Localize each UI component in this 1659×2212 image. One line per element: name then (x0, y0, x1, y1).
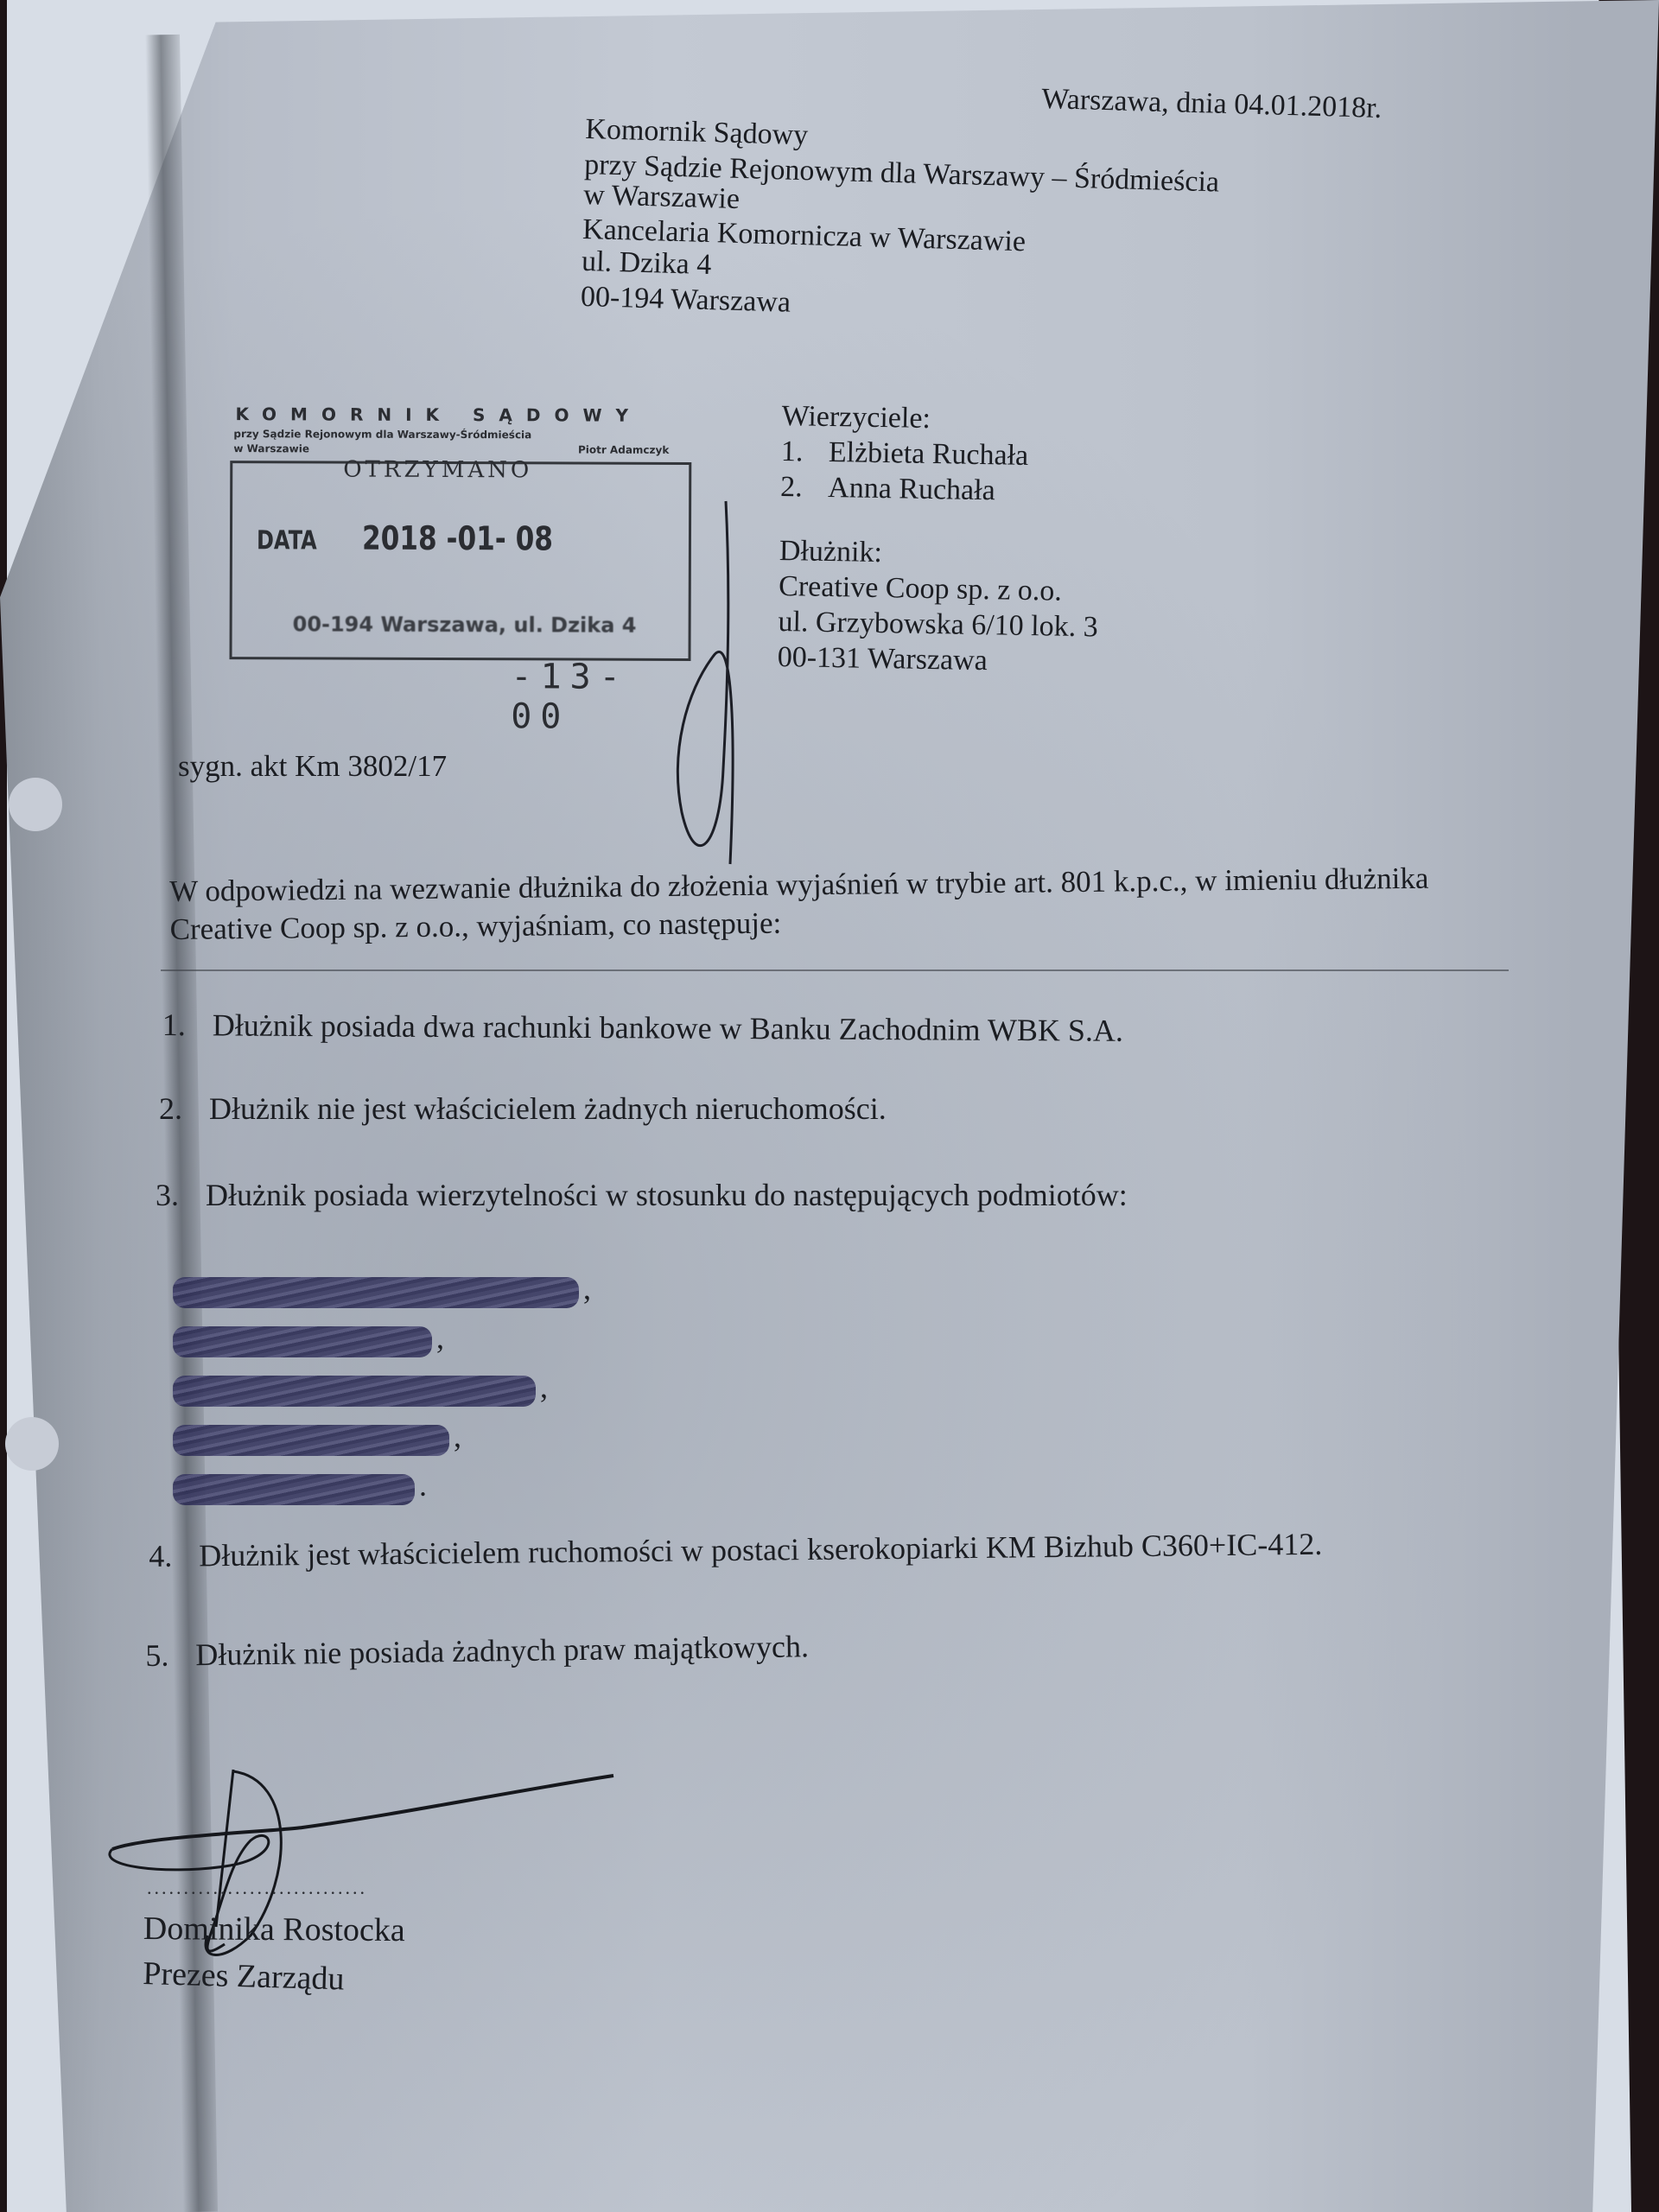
case-reference: sygn. akt Km 3802/17 (178, 748, 447, 785)
stamp-date-value: 2018 -01- 08 (362, 519, 553, 558)
stamp-bailiff-name: Piotr Adamczyk (578, 444, 669, 456)
stamp-court: przy Sądzie Rejonowym dla Warszawy-Śródm… (233, 428, 531, 441)
intro-paragraph: W odpowiedzi na wezwanie dłużnika do zło… (169, 860, 1440, 949)
point-item: 1.Dłużnik posiada dwa rachunki bankowe w… (162, 1007, 1123, 1050)
debtor-line: Creative Coop sp. z o.o. (779, 569, 1099, 610)
point-item: 3.Dłużnik posiada wierzytelności w stosu… (156, 1177, 1128, 1214)
creditor-item: 1.Elżbieta Ruchała (781, 435, 1102, 475)
debtor-label: Dłużnik: (779, 534, 1100, 575)
stamp-address: 00-194 Warszawa, ul. Dzika 4 (293, 612, 637, 637)
punch-hole (9, 778, 62, 831)
received-stamp: KOMORNIK SĄDOWY przy Sądzie Rejonowym dl… (226, 404, 676, 664)
creditors-label: Wierzyciele: (781, 399, 1102, 440)
debtor-line: ul. Grzybowska 6/10 lok. 3 (778, 605, 1098, 645)
parties-block: Wierzyciele: 1.Elżbieta Ruchała 2.Anna R… (777, 399, 1102, 681)
pen-mark-icon (670, 484, 756, 890)
debtor-line: 00-131 Warszawa (777, 640, 1097, 681)
addressee-block: Komornik Sądowy przy Sądzie Rejonowym dl… (580, 112, 1220, 333)
signer-role: Prezes Zarządu (143, 1955, 345, 1999)
point-item: 2.Dłużnik nie jest właścicielem żadnych … (159, 1090, 887, 1128)
stamp-box: OTRZYMANO DATA 2018 -01- 08 00-194 Warsz… (229, 461, 691, 661)
signature-line: .............................. (147, 1877, 367, 1899)
stamp-received-label: OTRZYMANO (343, 457, 532, 484)
punch-hole (5, 1417, 59, 1471)
stamp-city: w Warszawie (233, 442, 309, 454)
copy-artifact-line (161, 969, 1509, 971)
creditor-item: 2.Anna Ruchała (780, 470, 1101, 511)
stamp-time: -13-00 (511, 657, 675, 737)
stamp-date-label: DATA (257, 525, 317, 556)
stamp-header: KOMORNIK SĄDOWY (235, 404, 642, 426)
signer-name: Dominika Rostocka (143, 1910, 405, 1951)
